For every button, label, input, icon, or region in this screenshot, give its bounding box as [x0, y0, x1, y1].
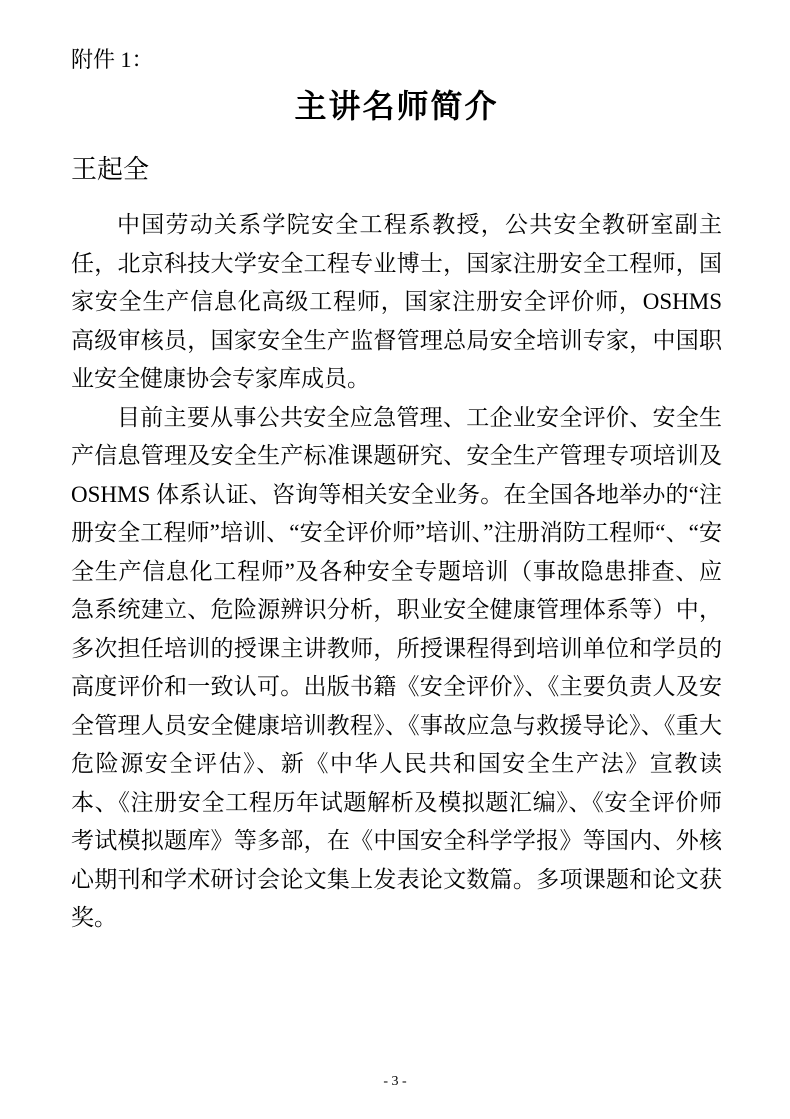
lecturer-name: 王起全: [71, 152, 722, 186]
bio-paragraph-1: 中国劳动关系学院安全工程系教授，公共安全教研室副主任，北京科技大学安全工程专业博…: [71, 206, 722, 399]
page-title: 主讲名师简介: [71, 86, 722, 126]
bio-paragraph-2: 目前主要从事公共安全应急管理、工企业安全评价、安全生产信息管理及安全生产标准课题…: [71, 399, 722, 938]
document-page: 附件 1： 主讲名师简介 王起全 中国劳动关系学院安全工程系教授，公共安全教研室…: [0, 0, 790, 1119]
page-number: - 3 -: [0, 1073, 790, 1091]
document-content: 附件 1： 主讲名师简介 王起全 中国劳动关系学院安全工程系教授，公共安全教研室…: [71, 46, 722, 938]
attachment-label: 附件 1：: [71, 46, 722, 74]
